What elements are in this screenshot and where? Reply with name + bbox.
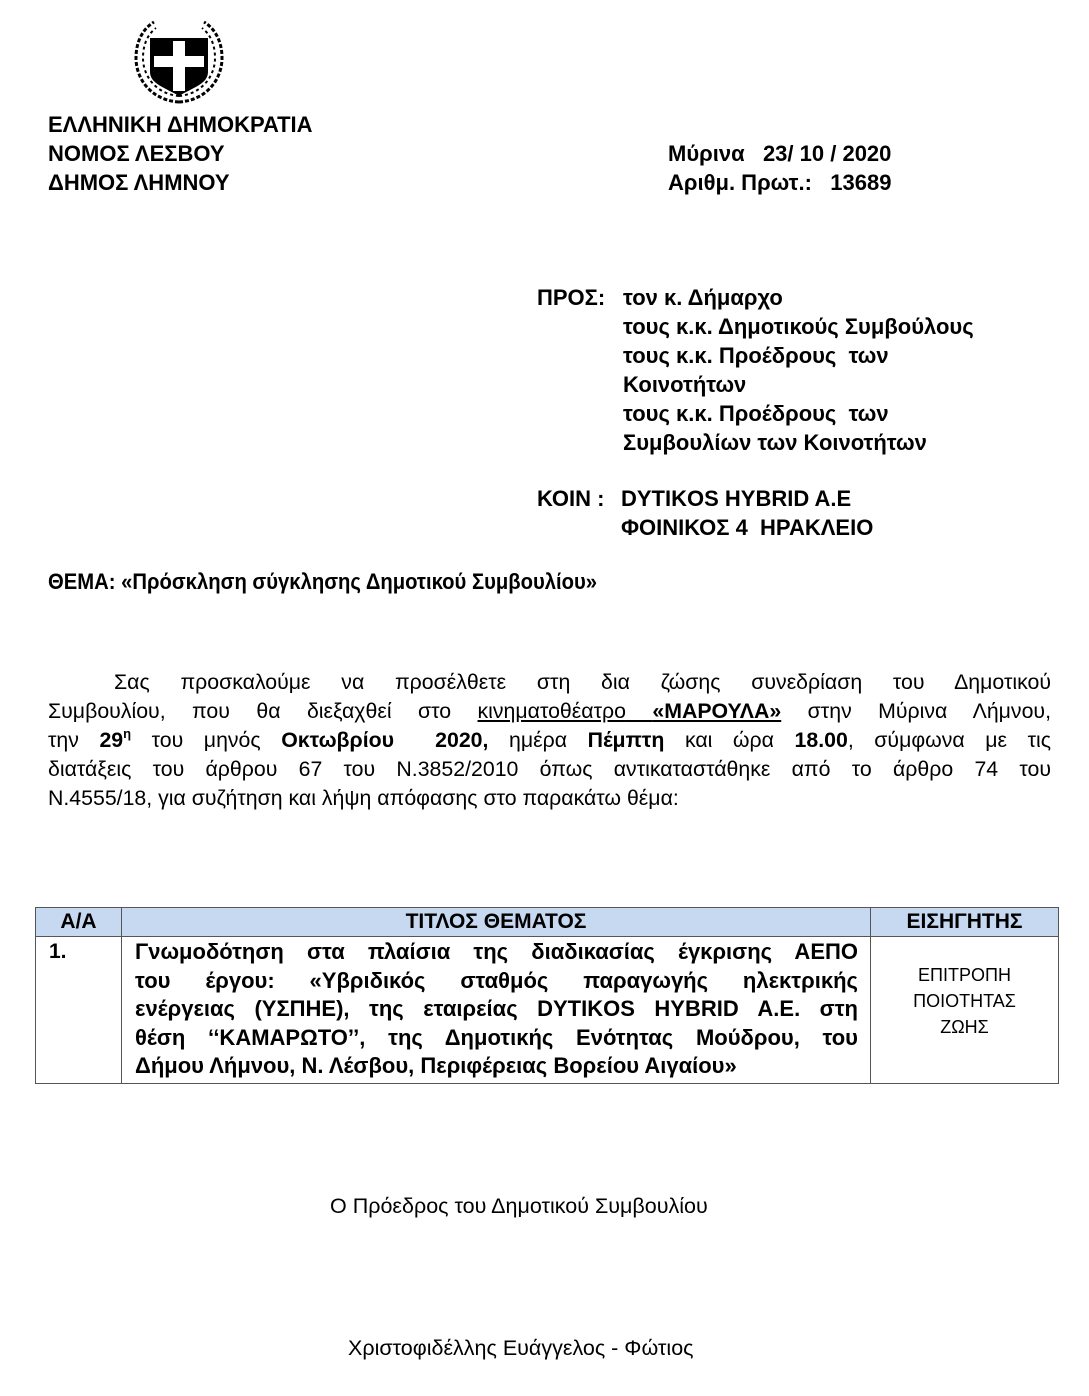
body-line: διατάξεις του άρθρου 67 του Ν.3852/2010 … xyxy=(48,757,1051,781)
place-date: Μύρινα 23/ 10 / 2020 xyxy=(668,139,891,168)
rapporteur-line: ΠΟΙΟΤΗΤΑΣ xyxy=(871,988,1058,1014)
issuer-line-prefecture: ΝΟΜΟΣ ΛΕΣΒΟΥ xyxy=(48,139,313,168)
recipient-line: Συμβουλίων των Κοινοτήτων xyxy=(623,428,927,457)
agenda-table: Α/Α ΤΙΤΛΟΣ ΘΕΜΑΤΟΣ ΕΙΣΗΓΗΤΗΣ 1. Γνωμοδότ… xyxy=(35,907,1059,1084)
body-text: ημέρα xyxy=(488,728,587,752)
table-row: 1. Γνωμοδότηση στα πλαίσια της διαδικασί… xyxy=(36,937,1059,1084)
body-text: , σύμφωνα με τις xyxy=(848,728,1051,752)
title-line: του έργου: «Υβριδικός σταθμός παραγωγής … xyxy=(135,967,858,996)
recipient-line: τους κ.κ. Δημοτικούς Συμβούλους xyxy=(623,312,974,341)
title-line: θέση ‘‘ΚΑΜΑΡΩΤΟ’’, της Δημοτικής Ενότητα… xyxy=(135,1024,858,1053)
body-text: Συμβουλίου, που θα διεξαχθεί στο xyxy=(48,699,478,723)
recipient-line: Κοινοτήτων xyxy=(623,370,746,399)
protocol-number: Αριθμ. Πρωτ.: 13689 xyxy=(668,168,891,197)
agenda-header-row: Α/Α ΤΙΤΛΟΣ ΘΕΜΑΤΟΣ ΕΙΣΗΓΗΤΗΣ xyxy=(36,908,1059,937)
venue-type: κινηματοθέατρο xyxy=(478,699,626,723)
venue-name: «ΜΑΡΟΥΛΑ» xyxy=(652,699,781,723)
col-header-rapporteur: ΕΙΣΗΓΗΤΗΣ xyxy=(871,908,1059,937)
title-line: Γνωμοδότηση στα πλαίσια της διαδικασίας … xyxy=(135,938,858,967)
body-text: και ώρα xyxy=(664,728,794,752)
recipient-line: τους κ.κ. Προέδρους των xyxy=(623,341,889,370)
agenda-item-rapporteur: ΕΠΙΤΡΟΠΗ ΠΟΙΟΤΗΤΑΣ ΖΩΗΣ xyxy=(871,937,1059,1084)
signatory-role: Ο Πρόεδρος του Δημοτικού Συμβουλίου xyxy=(330,1194,708,1219)
title-line: Δήμου Λήμνου, Ν. Λέσβου, Περιφέρειας Βορ… xyxy=(135,1052,858,1081)
recipient-line: τον κ. Δήμαρχο xyxy=(623,283,783,312)
meeting-time: 18.00 xyxy=(795,728,848,752)
rapporteur-line: ΖΩΗΣ xyxy=(871,1014,1058,1040)
agenda-item-title: Γνωμοδότηση στα πλαίσια της διαδικασίας … xyxy=(122,937,871,1084)
rapporteur-line: ΕΠΙΤΡΟΠΗ xyxy=(871,962,1058,988)
body-line: Σας προσκαλούμε να προσέλθετε στη δια ζώ… xyxy=(114,670,1051,694)
cc-block: ΚΟΙΝ :DYTIKOS HYBRID A.E ΦΟΙΝΙΚΟΣ 4 ΗΡΑΚ… xyxy=(537,484,873,542)
subject-line: ΘΕΜΑ: «Πρόσκληση σύγκλησης Δημοτικού Συμ… xyxy=(48,569,597,595)
signatory-name: Χριστοφιδέλλης Ευάγγελος - Φώτιος xyxy=(348,1336,694,1361)
title-line: ενέργειας (ΥΣΠΗΕ), της εταιρείας DYTIKOS… xyxy=(135,995,858,1024)
greek-coat-of-arms-icon xyxy=(130,16,228,106)
col-header-number: Α/Α xyxy=(36,908,122,937)
recipients-label: ΠΡΟΣ: xyxy=(537,283,623,312)
issuer-line-country: ΕΛΛΗΝΙΚΗ ΔΗΜΟΚΡΑΤΙΑ xyxy=(48,110,313,139)
meeting-day: 29 xyxy=(99,728,123,752)
ordinal-suffix: η xyxy=(123,726,131,741)
cc-line: DYTIKOS HYBRID A.E xyxy=(621,484,851,513)
meeting-month: Οκτωβρίου 2020, xyxy=(281,728,488,752)
meeting-weekday: Πέμπτη xyxy=(588,728,665,752)
col-header-title: ΤΙΤΛΟΣ ΘΕΜΑΤΟΣ xyxy=(122,908,871,937)
issuer-header: ΕΛΛΗΝΙΚΗ ΔΗΜΟΚΡΑΤΙΑ ΝΟΜΟΣ ΛΕΣΒΟΥ ΔΗΜΟΣ Λ… xyxy=(48,110,313,197)
cc-label: ΚΟΙΝ : xyxy=(537,484,621,513)
agenda-item-number: 1. xyxy=(36,937,122,1084)
recipient-line: τους κ.κ. Προέδρους των xyxy=(623,399,889,428)
invitation-paragraph: Σας προσκαλούμε να προσέλθετε στη δια ζώ… xyxy=(48,668,1051,813)
body-text: του μηνός xyxy=(131,728,281,752)
date-block: Μύρινα 23/ 10 / 2020 Αριθμ. Πρωτ.: 13689 xyxy=(668,139,891,197)
cc-line: ΦΟΙΝΙΚΟΣ 4 ΗΡΑΚΛΕΙΟ xyxy=(621,513,873,542)
body-text: στην Μύρινα Λήμνου, xyxy=(781,699,1051,723)
recipients-block: ΠΡΟΣ:τον κ. Δήμαρχο τους κ.κ. Δημοτικούς… xyxy=(537,283,974,457)
body-text: την xyxy=(48,728,99,752)
body-line: Ν.4555/18, για συζήτηση και λήψη απόφαση… xyxy=(48,786,679,810)
issuer-line-municipality: ΔΗΜΟΣ ΛΗΜΝΟΥ xyxy=(48,168,313,197)
